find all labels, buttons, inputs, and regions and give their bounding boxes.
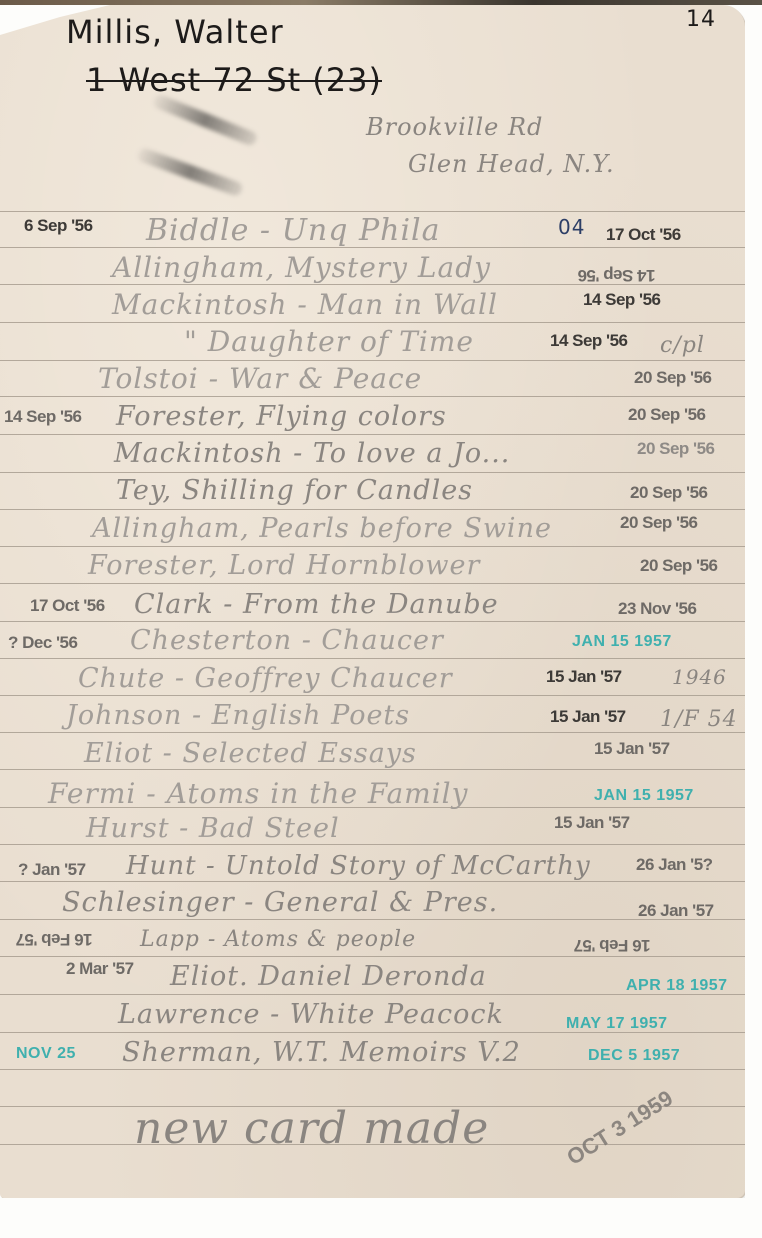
rule-line: [0, 360, 745, 361]
return-stamp: 14 Sep '56: [550, 331, 628, 351]
checkout-stamp: 17 Oct '56: [30, 596, 105, 616]
book-entry: Eliot. Daniel Deronda: [170, 961, 487, 992]
rule-line: [0, 919, 745, 920]
rule-line: [0, 732, 745, 733]
rule-line: [0, 396, 745, 397]
book-entry: Allingham, Mystery Lady: [112, 251, 491, 284]
rule-line: [0, 211, 745, 212]
book-entry: Allingham, Pearls before Swine: [92, 513, 552, 544]
checkout-stamp: 6 Sep '56: [24, 216, 93, 236]
patron-name: Millis, Walter: [66, 13, 284, 51]
rule-line: [0, 956, 745, 957]
new-card-note: new card made: [134, 1103, 489, 1154]
rule-line: [0, 546, 745, 547]
rule-line: [0, 695, 745, 696]
old-address: 1 West 72 St (23): [86, 61, 382, 99]
eraser-smudge: [151, 93, 258, 147]
eraser-smudge: [136, 147, 244, 198]
rule-line: [0, 844, 745, 845]
return-stamp: 15 Jan '57: [550, 707, 626, 727]
book-entry: Sherman, W.T. Memoirs V.2: [122, 1037, 521, 1068]
return-stamp: 26 Jan '5?: [636, 855, 713, 875]
return-stamp-teal: JAN 15 1957: [572, 633, 672, 651]
card-number: 14: [686, 7, 716, 32]
return-stamp-teal: JAN 15 1957: [594, 787, 694, 805]
book-entry: Clark - From the Danube: [134, 589, 499, 620]
book-entry: Johnson - English Poets: [66, 700, 410, 731]
checkout-stamp: 14 Sep '56: [4, 407, 82, 427]
return-stamp: 20 Sep '56: [620, 513, 698, 533]
rule-line: [0, 881, 745, 882]
rule-line: [0, 658, 745, 659]
return-stamp: 14 Sep '56: [583, 290, 661, 310]
return-stamp: 20 Sep '56: [628, 405, 706, 425]
new-address-line1: Brookville Rd: [366, 113, 543, 141]
pencil-note: c/pl: [660, 333, 705, 358]
book-entry: Chesterton - Chaucer: [130, 625, 444, 656]
book-entry: Hunt - Untold Story of McCarthy: [126, 851, 591, 881]
book-entry: Tey, Shilling for Candles: [116, 475, 473, 506]
return-stamp: 15 Jan '57: [594, 739, 670, 759]
book-entry: Schlesinger - General & Pres.: [62, 887, 498, 918]
pencil-note: 1/F 54: [660, 707, 738, 732]
return-stamp: 20 Sep '56: [634, 368, 712, 388]
ink-note: 04: [558, 215, 585, 239]
rule-line: [0, 769, 745, 770]
return-stamp: 15 Jan '57: [546, 667, 622, 687]
date-stamp: OCT 3 1959: [562, 1085, 677, 1171]
rule-line: [0, 472, 745, 473]
book-entry: Hurst - Bad Steel: [86, 813, 340, 844]
book-entry: Mackintosh - To love a Jo...: [114, 438, 510, 469]
pencil-note: 1946: [672, 665, 727, 689]
book-entry: Tolstoi - War & Peace: [98, 362, 422, 395]
checkout-stamp: ? Dec '56: [8, 633, 77, 653]
checkout-stamp-inverted: 16 Feb '57: [16, 929, 93, 949]
background-strip: [0, 0, 762, 5]
return-stamp: 23 Nov '56: [618, 599, 696, 619]
return-stamp: 26 Jan '57: [638, 901, 714, 921]
return-stamp: 20 Sep '56: [640, 556, 718, 576]
rule-line: [0, 509, 745, 510]
rule-line: [0, 621, 745, 622]
book-entry: Chute - Geoffrey Chaucer: [78, 663, 453, 694]
book-entry: Lapp - Atoms & people: [140, 927, 416, 952]
rule-line: [0, 434, 745, 435]
return-stamp: 17 Oct '56: [606, 225, 681, 245]
book-entry: " Daughter of Time: [184, 325, 474, 358]
return-stamp-teal: DEC 5 1957: [588, 1047, 680, 1065]
new-address-line2: Glen Head, N.Y.: [408, 150, 615, 178]
book-entry: Mackintosh - Man in Wall: [112, 288, 498, 321]
rule-line: [0, 583, 745, 584]
return-stamp-teal: MAY 17 1957: [566, 1015, 668, 1033]
library-card: Millis, Walter 14 1 West 72 St (23) Broo…: [0, 5, 745, 1198]
return-stamp: 15 Jan '57: [554, 813, 630, 833]
return-stamp-teal: APR 18 1957: [626, 977, 728, 995]
book-entry: Eliot - Selected Essays: [84, 738, 417, 769]
book-entry: Fermi - Atoms in the Family: [48, 777, 468, 810]
checkout-stamp: ? Jan '57: [18, 860, 86, 880]
rule-line: [0, 322, 745, 323]
checkout-stamp-teal: NOV 25: [16, 1045, 76, 1063]
book-entry: Forester, Flying colors: [116, 401, 447, 432]
book-entry: Lawrence - White Peacock: [118, 999, 504, 1030]
return-stamp: 20 Sep '56: [637, 439, 715, 459]
return-stamp-inverted: 14 Sep '56: [578, 265, 656, 285]
return-stamp-inverted: 16 Feb '57: [574, 935, 651, 955]
return-stamp: 20 Sep '56: [630, 483, 708, 503]
book-entry: Biddle - Unq Phila: [146, 213, 441, 248]
rule-line: [0, 1069, 745, 1070]
book-entry: Forester, Lord Hornblower: [88, 550, 480, 581]
checkout-stamp: 2 Mar '57: [66, 959, 134, 979]
